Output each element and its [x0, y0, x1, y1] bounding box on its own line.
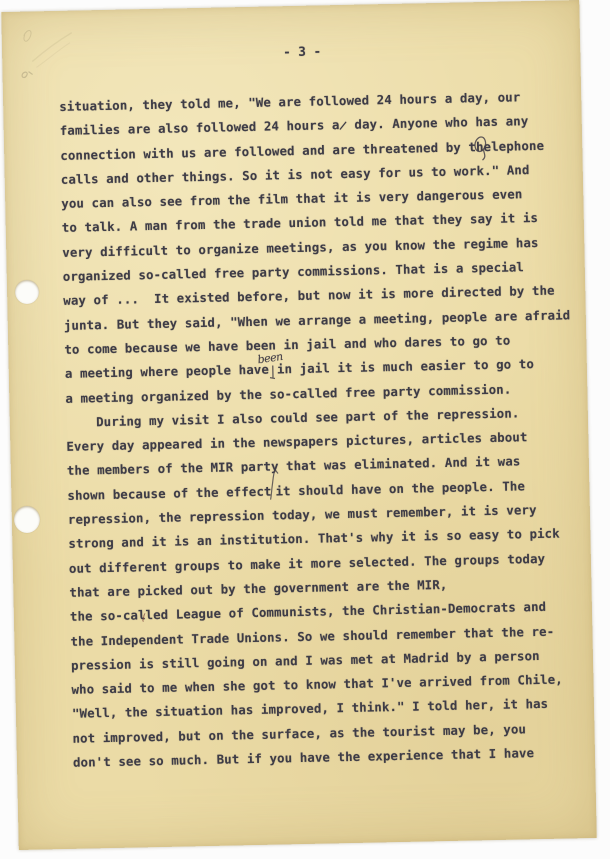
handwritten-insertion: been — [269, 364, 277, 374]
typed-line-segment: a meeting where people have — [65, 362, 269, 381]
typed-text-block: situation, they told me, "We are followe… — [59, 84, 578, 775]
typed-line-segment: it should have on the people. The — [275, 478, 525, 498]
page-number: - 3 - — [283, 43, 321, 59]
typewritten-page: - 3 - situation, they told me, "We are f… — [1, 0, 596, 850]
deleted-letter: h — [476, 139, 484, 154]
typed-line-segment: in jail it is much easier to go to — [277, 356, 534, 376]
punch-hole-top — [15, 280, 39, 304]
punch-hole-bottom — [14, 506, 40, 533]
typed-line-segment: elephone — [483, 137, 544, 153]
corner-scribble-mark — [9, 16, 97, 96]
handwritten-word: been — [256, 345, 284, 373]
scanned-document-screenshot: { "document": { "page_number": "- 3 -", … — [0, 0, 610, 859]
typed-line-segment: shown because of the effect — [67, 483, 271, 502]
insertion-slash-mark — [271, 485, 275, 495]
typed-line-segment: connection with us are followed and are … — [60, 139, 476, 163]
